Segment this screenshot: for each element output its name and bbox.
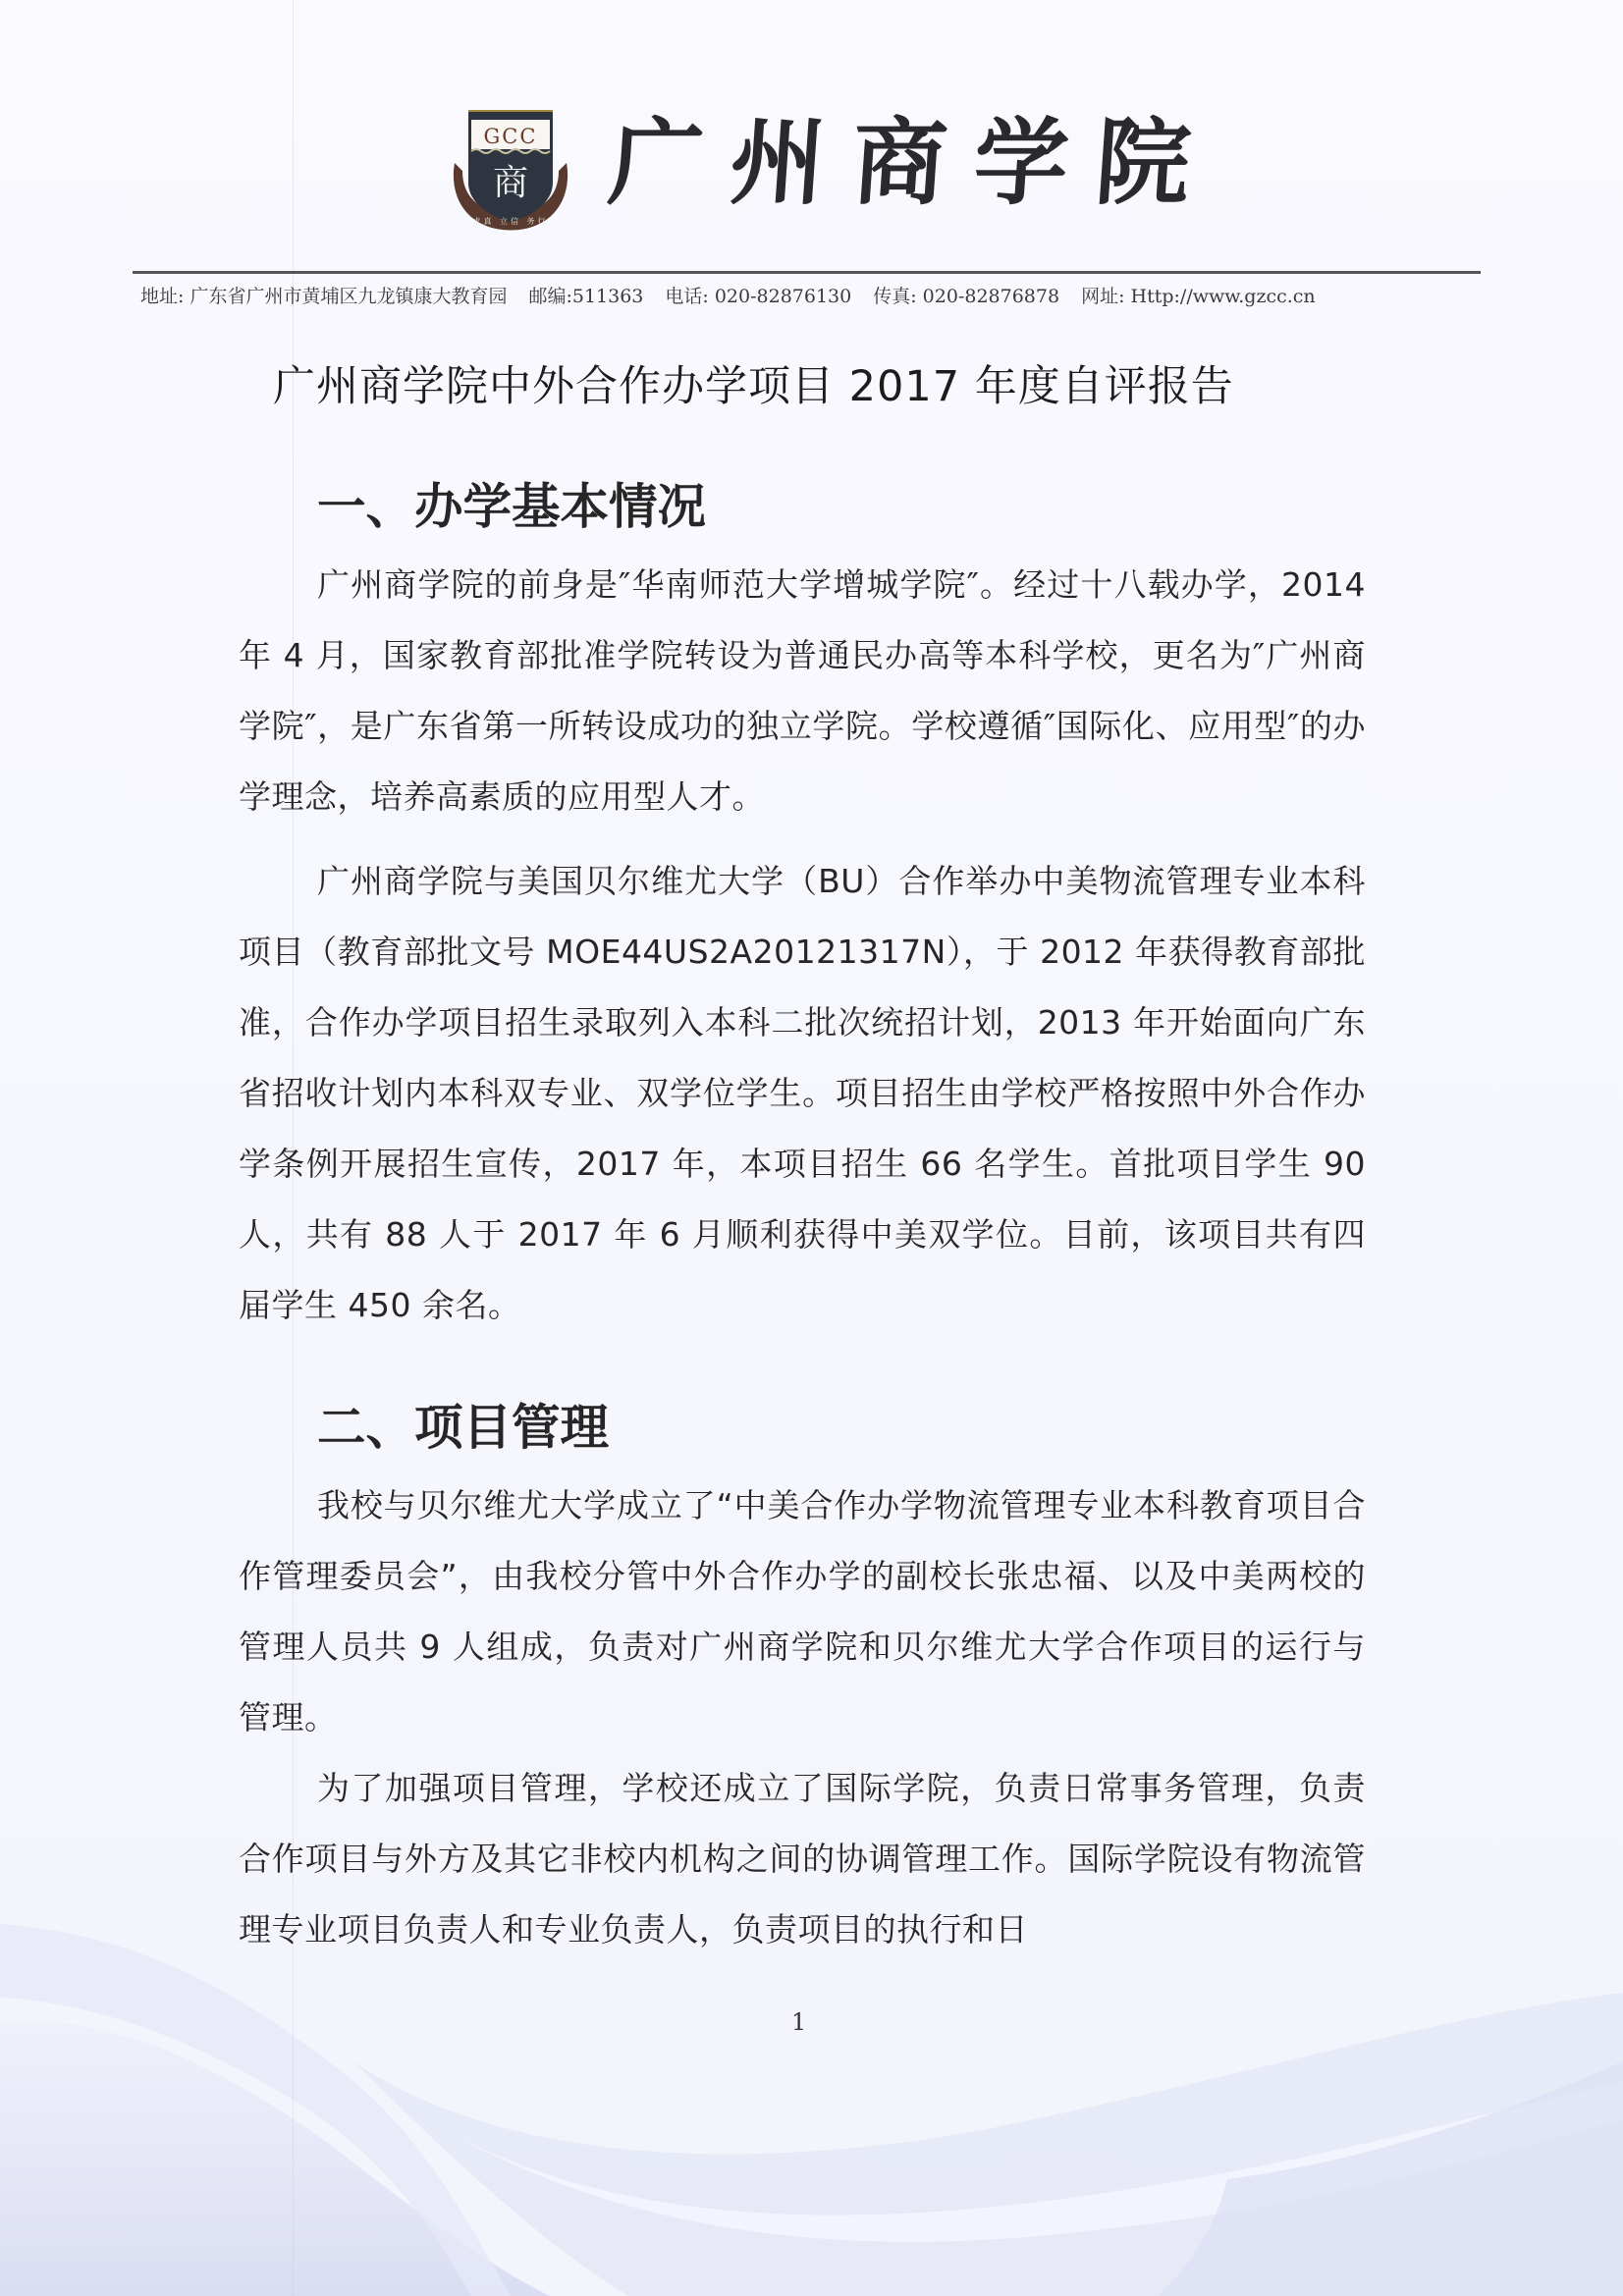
wave-background-decoration (0, 1914, 1623, 2296)
contact-website: 网址: Http://www.gzcc.cn (1081, 282, 1316, 308)
letterhead: GCC 商 求真 立信 务行 广州商学院 地址: 广东省广州市黄埔区九龙镇康大教… (0, 0, 1623, 314)
paragraph: 广州商学院与美国贝尔维尤大学（BU）合作举办中美物流管理专业本科项目（教育部批文… (239, 846, 1366, 1341)
svg-text:GCC: GCC (484, 125, 538, 148)
contact-address: 地址: 广东省广州市黄埔区九龙镇康大教育园 (140, 282, 507, 308)
contact-info: 地址: 广东省广州市黄埔区九龙镇康大教育园 邮编:511363 电话: 020-… (140, 282, 1316, 308)
contact-phone: 电话: 020-82876130 (665, 282, 851, 308)
section-heading: 一、办学基本情况 (239, 481, 1366, 532)
contact-fax: 传真: 020-82876878 (873, 282, 1059, 308)
section-basic-info: 一、办学基本情况 广州商学院的前身是″华南师范大学增城学院″。经过十八载办学，2… (239, 481, 1366, 1341)
svg-text:商: 商 (493, 163, 528, 203)
paragraph: 我校与贝尔维尤大学成立了“中美合作办学物流管理专业本科教育项目合作管理委员会”，… (239, 1470, 1366, 1753)
paragraph: 广州商学院的前身是″华南师范大学增城学院″。经过十八载办学，2014 年 4 月… (239, 550, 1366, 832)
section-project-management: 二、项目管理 我校与贝尔维尤大学成立了“中美合作办学物流管理专业本科教育项目合作… (239, 1402, 1366, 1965)
header-divider (133, 271, 1481, 274)
school-name-calligraphy: 广州商学院 (606, 116, 1221, 210)
page-number: 1 (791, 2008, 806, 2036)
document-title: 广州商学院中外合作办学项目 2017 年度自评报告 (273, 353, 1353, 413)
contact-postcode: 邮编:511363 (528, 282, 643, 308)
school-logo-icon: GCC 商 求真 立信 务行 (447, 106, 574, 239)
svg-text:求真 立信 务行: 求真 立信 务行 (472, 216, 548, 226)
document-body: 一、办学基本情况 广州商学院的前身是″华南师范大学增城学院″。经过十八载办学，2… (239, 481, 1366, 1965)
paragraph: 为了加强项目管理，学校还成立了国际学院，负责日常事务管理，负责合作项目与外方及其… (239, 1753, 1366, 1965)
section-heading: 二、项目管理 (239, 1402, 1366, 1453)
document-page: GCC 商 求真 立信 务行 广州商学院 地址: 广东省广州市黄埔区九龙镇康大教… (0, 0, 1623, 2296)
